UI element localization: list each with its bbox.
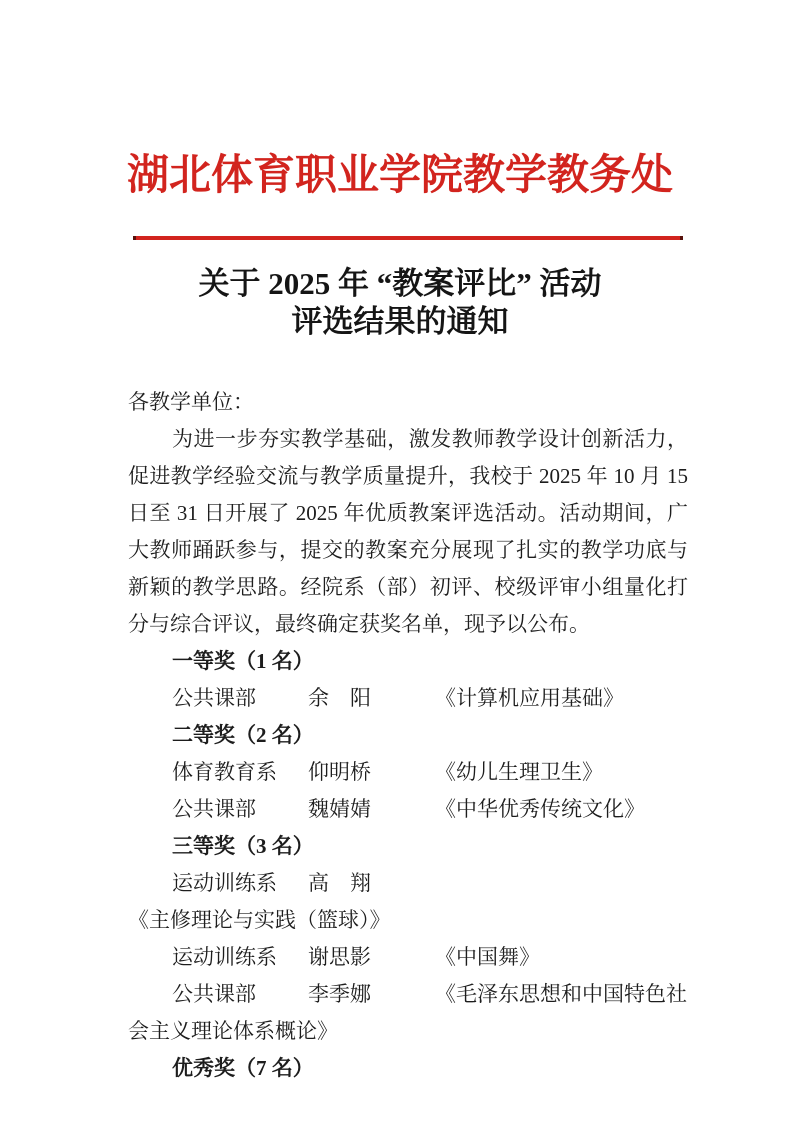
award-teacher-name: 余 阳 <box>308 680 435 717</box>
award-course-title: 《中华优秀传统文化》 <box>435 797 645 821</box>
award-teacher-name: 李季娜 <box>308 976 435 1013</box>
award-tier-third-prize: 三等奖（3 名） <box>128 828 688 865</box>
award-course-title: 《主修理论与实践（篮球）》 <box>128 908 391 932</box>
award-entry: 公共课部魏婧婧《中华优秀传统文化》 <box>128 791 688 828</box>
award-entry: 公共课部李季娜《毛泽东思想和中国特色社会主义理论体系概论》 <box>128 976 688 1050</box>
award-department: 体育教育系 <box>172 754 308 791</box>
award-entry: 运动训练系谢思影《中国舞》 <box>128 939 688 976</box>
paragraph-line: 新颖的教学思路。经院系（部）初评、校级评审小组量化打 <box>128 569 688 606</box>
award-entry: 体育教育系仰明桥《幼儿生理卫生》 <box>128 754 688 791</box>
paragraph-line: 促进教学经验交流与教学质量提升，我校于 2025 年 10 月 15 <box>128 458 688 495</box>
paragraph-line: 大教师踊跃参与，提交的教案充分展现了扎实的教学功底与 <box>128 532 688 569</box>
paragraph-line: 为进一步夯实教学基础，激发教师教学设计创新活力， <box>128 421 688 458</box>
award-department: 运动训练系 <box>172 865 308 902</box>
award-teacher-name: 魏婧婧 <box>308 791 435 828</box>
paragraph-line: 分与综合评议，最终确定获奖名单，现予以公布。 <box>128 606 688 643</box>
award-course-title: 《幼儿生理卫生》 <box>435 760 603 784</box>
letterhead-red-rule <box>133 236 683 240</box>
award-entry: 公共课部余 阳《计算机应用基础》 <box>128 680 688 717</box>
award-department: 公共课部 <box>172 680 308 717</box>
award-tier-second-prize: 二等奖（2 名） <box>128 717 688 754</box>
award-tier-first-prize: 一等奖（1 名） <box>128 643 688 680</box>
document-title-line1: 关于 2025 年 “教案评比” 活动 <box>0 265 800 303</box>
letterhead-org-name: 湖北体育职业学院教学教务处 <box>0 142 800 202</box>
award-teacher-name: 谢思影 <box>308 939 435 976</box>
salutation: 各教学单位： <box>128 384 688 421</box>
award-entry: 运动训练系高 翔《主修理论与实践（篮球）》 <box>128 865 688 939</box>
award-course-title: 《中国舞》 <box>435 945 540 969</box>
notice-document-page: 湖北体育职业学院教学教务处 关于 2025 年 “教案评比” 活动 评选结果的通… <box>0 0 800 1132</box>
award-department: 公共课部 <box>172 791 308 828</box>
document-title-line2: 评选结果的通知 <box>0 303 800 341</box>
award-department: 公共课部 <box>172 976 308 1013</box>
award-department: 运动训练系 <box>172 939 308 976</box>
award-teacher-name: 高 翔 <box>308 865 435 902</box>
award-tier-excellence-prize: 优秀奖（7 名） <box>128 1050 688 1087</box>
document-title: 关于 2025 年 “教案评比” 活动 评选结果的通知 <box>0 265 800 341</box>
award-teacher-name: 仰明桥 <box>308 754 435 791</box>
award-course-title: 《计算机应用基础》 <box>435 686 624 710</box>
notice-body: 各教学单位： 为进一步夯实教学基础，激发教师教学设计创新活力， 促进教学经验交流… <box>128 384 688 1087</box>
paragraph-line: 日至 31 日开展了 2025 年优质教案评选活动。活动期间，广 <box>128 495 688 532</box>
